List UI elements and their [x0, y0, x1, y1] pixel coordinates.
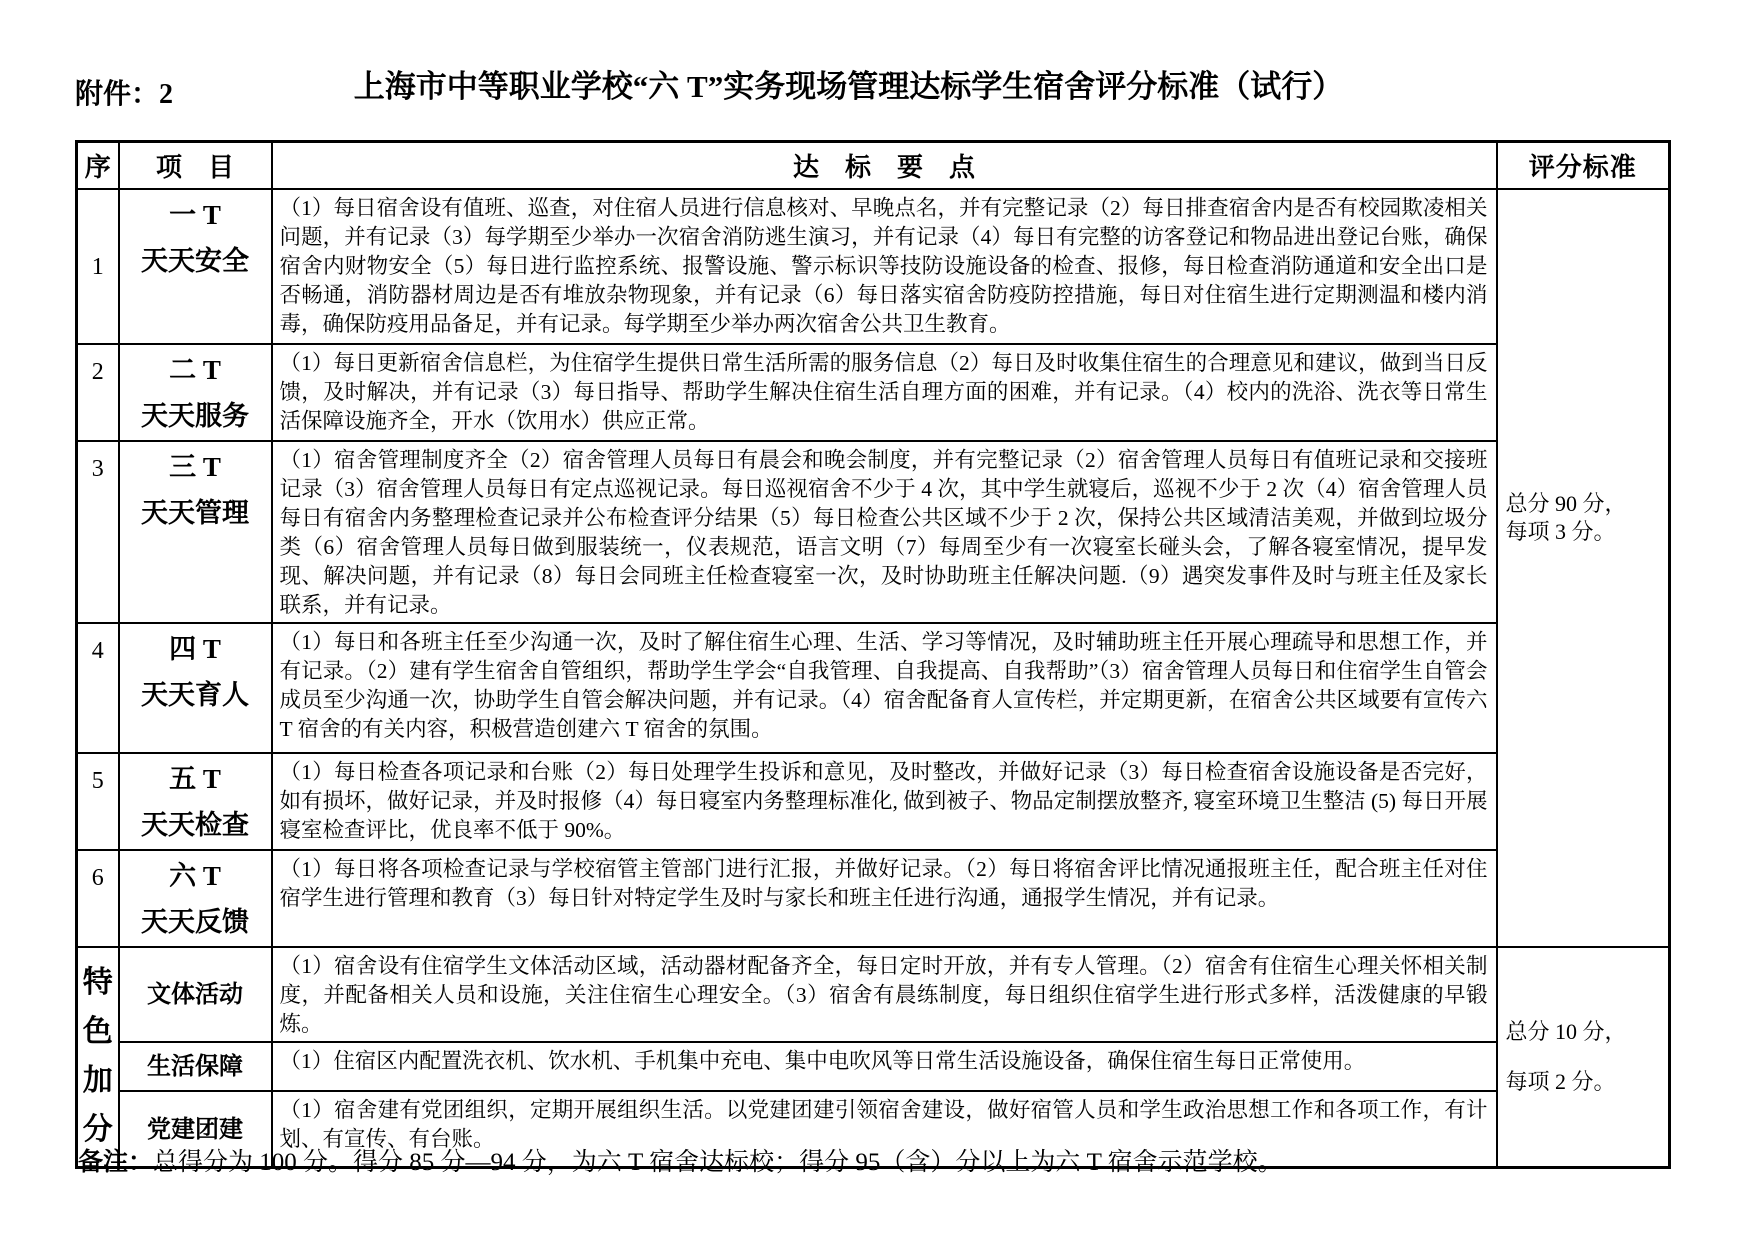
- row-number: 1: [77, 189, 119, 344]
- item-name: 天天服务: [121, 393, 270, 439]
- points-cell: （1）每日将各项检查记录与学校宿管主管部门进行汇报，并做好记录。（2）每日将宿舍…: [272, 850, 1497, 947]
- item-title: 六 T: [121, 853, 270, 899]
- bonus-section-label: 特 色 加 分: [77, 947, 119, 1168]
- table-row: 3 三 T 天天管理 （1）宿舍管理制度齐全（2）宿舍管理人员每日有晨会和晚会制…: [77, 441, 1670, 623]
- col-header-points: 达 标 要 点: [272, 142, 1497, 189]
- item-cell: 六 T 天天反馈: [119, 850, 272, 947]
- scoring-line: 总分 90 分，: [1506, 490, 1668, 518]
- item-title: 四 T: [121, 626, 270, 672]
- item-title: 五 T: [121, 756, 270, 802]
- attachment-label: 附件：2: [75, 72, 173, 112]
- main-scoring-cell: 总分 90 分， 每项 3 分。: [1497, 189, 1670, 947]
- table-row: 4 四 T 天天育人 （1）每日和各班主任至少沟通一次，及时了解住宿生心理、生活…: [77, 623, 1670, 753]
- item-cell: 三 T 天天管理: [119, 441, 272, 623]
- table-row: 1 一 T 天天安全 （1）每日宿舍设有值班、巡查，对住宿人员进行信息核对、早晚…: [77, 189, 1670, 344]
- points-cell: （1）住宿区内配置洗衣机、饮水机、手机集中充电、集中电吹风等日常生活设施设备，确…: [272, 1042, 1497, 1091]
- item-cell: 二 T 天天服务: [119, 344, 272, 441]
- col-header-scoring: 评分标准: [1497, 142, 1670, 189]
- bonus-char: 加: [79, 1056, 117, 1105]
- item-title: 三 T: [121, 444, 270, 490]
- points-cell: （1）每日更新宿舍信息栏，为住宿学生提供日常生活所需的服务信息（2）每日及时收集…: [272, 344, 1497, 441]
- scoring-table: 序 项 目 达 标 要 点 评分标准 1 一 T 天天安全 （1）每日宿舍设有值…: [75, 140, 1671, 1169]
- table-header-row: 序 项 目 达 标 要 点 评分标准: [77, 142, 1670, 189]
- bonus-scoring-cell: 总分 10 分， 每项 2 分。: [1497, 947, 1670, 1168]
- scoring-line: 总分 10 分，: [1506, 1018, 1668, 1046]
- item-name: 天天管理: [121, 490, 270, 536]
- item-name: 天天育人: [121, 672, 270, 718]
- item-cell: 四 T 天天育人: [119, 623, 272, 753]
- table-row: 2 二 T 天天服务 （1）每日更新宿舍信息栏，为住宿学生提供日常生活所需的服务…: [77, 344, 1670, 441]
- item-cell: 一 T 天天安全: [119, 189, 272, 344]
- item-name: 天天检查: [121, 802, 270, 848]
- points-cell: （1）每日检查各项记录和台账（2）每日处理学生投诉和意见，及时整改，并做好记录（…: [272, 753, 1497, 850]
- item-name: 天天安全: [121, 238, 270, 284]
- row-number: 2: [77, 344, 119, 441]
- document-header: 附件：2 上海市中等职业学校“六 T”实务现场管理达标学生宿舍评分标准（试行）: [75, 64, 1668, 114]
- footer-note: 备注：总得分为 100 分。得分 85 分—94 分，为六 T 宿舍达标校；得分…: [78, 1146, 1283, 1180]
- bonus-item-name: 生活保障: [119, 1042, 272, 1091]
- row-number: 5: [77, 753, 119, 850]
- table-row-bonus: 生活保障 （1）住宿区内配置洗衣机、饮水机、手机集中充电、集中电吹风等日常生活设…: [77, 1042, 1670, 1091]
- row-number: 3: [77, 441, 119, 623]
- points-cell: （1）宿舍设有住宿学生文体活动区域，活动器材配备齐全，每日定时开放，并有专人管理…: [272, 947, 1497, 1042]
- table-row: 5 五 T 天天检查 （1）每日检查各项记录和台账（2）每日处理学生投诉和意见，…: [77, 753, 1670, 850]
- scoring-line: 每项 2 分。: [1506, 1068, 1668, 1096]
- points-cell: （1）宿舍管理制度齐全（2）宿舍管理人员每日有晨会和晚会制度，并有完整记录（2）…: [272, 441, 1497, 623]
- table-row-bonus: 特 色 加 分 文体活动 （1）宿舍设有住宿学生文体活动区域，活动器材配备齐全，…: [77, 947, 1670, 1042]
- table-row: 6 六 T 天天反馈 （1）每日将各项检查记录与学校宿管主管部门进行汇报，并做好…: [77, 850, 1670, 947]
- row-number: 4: [77, 623, 119, 753]
- document-page: 附件：2 上海市中等职业学校“六 T”实务现场管理达标学生宿舍评分标准（试行） …: [0, 0, 1755, 1241]
- row-number: 6: [77, 850, 119, 947]
- note-label: 备注：: [78, 1149, 153, 1176]
- points-cell: （1）每日宿舍设有值班、巡查，对住宿人员进行信息核对、早晚点名，并有完整记录（2…: [272, 189, 1497, 344]
- bonus-item-name: 文体活动: [119, 947, 272, 1042]
- bonus-char: 特: [79, 958, 117, 1007]
- item-title: 二 T: [121, 347, 270, 393]
- col-header-no: 序: [77, 142, 119, 189]
- item-title: 一 T: [121, 192, 270, 238]
- item-cell: 五 T 天天检查: [119, 753, 272, 850]
- note-text: 总得分为 100 分。得分 85 分—94 分，为六 T 宿舍达标校；得分 95…: [153, 1149, 1283, 1176]
- scoring-line: 每项 3 分。: [1506, 518, 1668, 546]
- page-title: 上海市中等职业学校“六 T”实务现场管理达标学生宿舍评分标准（试行）: [75, 64, 1668, 110]
- item-name: 天天反馈: [121, 899, 270, 945]
- points-cell: （1）每日和各班主任至少沟通一次，及时了解住宿生心理、生活、学习等情况，及时辅助…: [272, 623, 1497, 753]
- col-header-item: 项 目: [119, 142, 272, 189]
- bonus-char: 色: [79, 1007, 117, 1056]
